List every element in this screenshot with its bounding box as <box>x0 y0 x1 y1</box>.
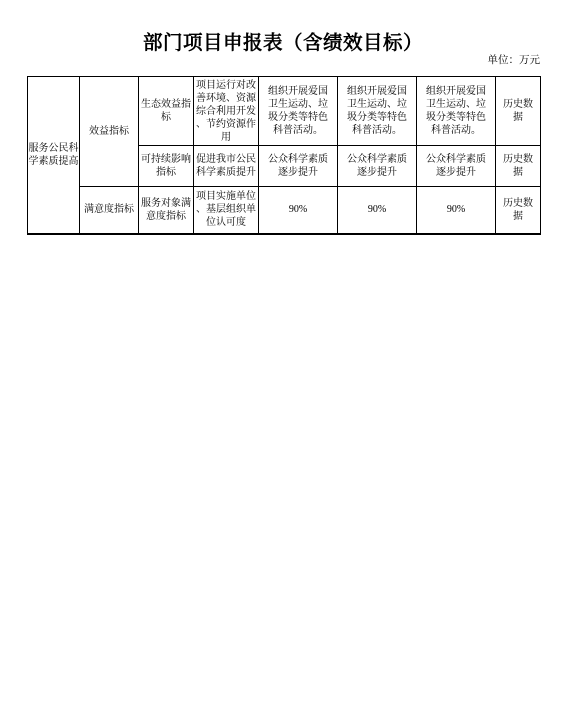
performance-target-table: 服务公民科学素质提高 效益指标 生态效益指标 项目运行对改善环境、资源综合利用开… <box>27 76 541 235</box>
value-cell-2: 公众科学素质逐步提升 <box>338 146 417 187</box>
row-group-cell: 服务公民科学素质提高 <box>28 77 80 234</box>
document-page: 部门项目申报表（含绩效目标） 单位：万元 服务公民科学素质提高 效益指标 生态效… <box>0 0 566 724</box>
value-cell-1: 公众科学素质逐步提升 <box>259 146 338 187</box>
unit-note: 单位：万元 <box>488 54 541 67</box>
category-satisfaction-cell: 满意度指标 <box>80 187 139 234</box>
value-cell-3: 组织开展爱国卫生运动、垃圾分类等特色科普活动。 <box>417 77 496 146</box>
table-row: 服务公民科学素质提高 效益指标 生态效益指标 项目运行对改善环境、资源综合利用开… <box>28 77 541 146</box>
indicator-detail-cell: 促进我市公民科学素质提升 <box>194 146 259 187</box>
indicator-detail-cell: 项目实施单位、基层组织单位认可度 <box>194 187 259 234</box>
value-cell-2: 组织开展爱国卫生运动、垃圾分类等特色科普活动。 <box>338 77 417 146</box>
basis-cell: 历史数据 <box>496 146 541 187</box>
value-cell-1: 90% <box>259 187 338 234</box>
indicator-type-cell: 服务对象满意度指标 <box>139 187 194 234</box>
value-cell-2: 90% <box>338 187 417 234</box>
category-benefit-cell: 效益指标 <box>80 77 139 187</box>
indicator-type-cell: 生态效益指标 <box>139 77 194 146</box>
value-cell-1: 组织开展爱国卫生运动、垃圾分类等特色科普活动。 <box>259 77 338 146</box>
basis-cell: 历史数据 <box>496 187 541 234</box>
value-cell-3: 公众科学素质逐步提升 <box>417 146 496 187</box>
value-cell-3: 90% <box>417 187 496 234</box>
basis-cell: 历史数据 <box>496 77 541 146</box>
indicator-detail-cell: 项目运行对改善环境、资源综合利用开发、节约资源作用 <box>194 77 259 146</box>
table-row: 满意度指标 服务对象满意度指标 项目实施单位、基层组织单位认可度 90% 90%… <box>28 187 541 234</box>
indicator-type-cell: 可持续影响指标 <box>139 146 194 187</box>
document-title: 部门项目申报表（含绩效目标） <box>0 27 566 55</box>
